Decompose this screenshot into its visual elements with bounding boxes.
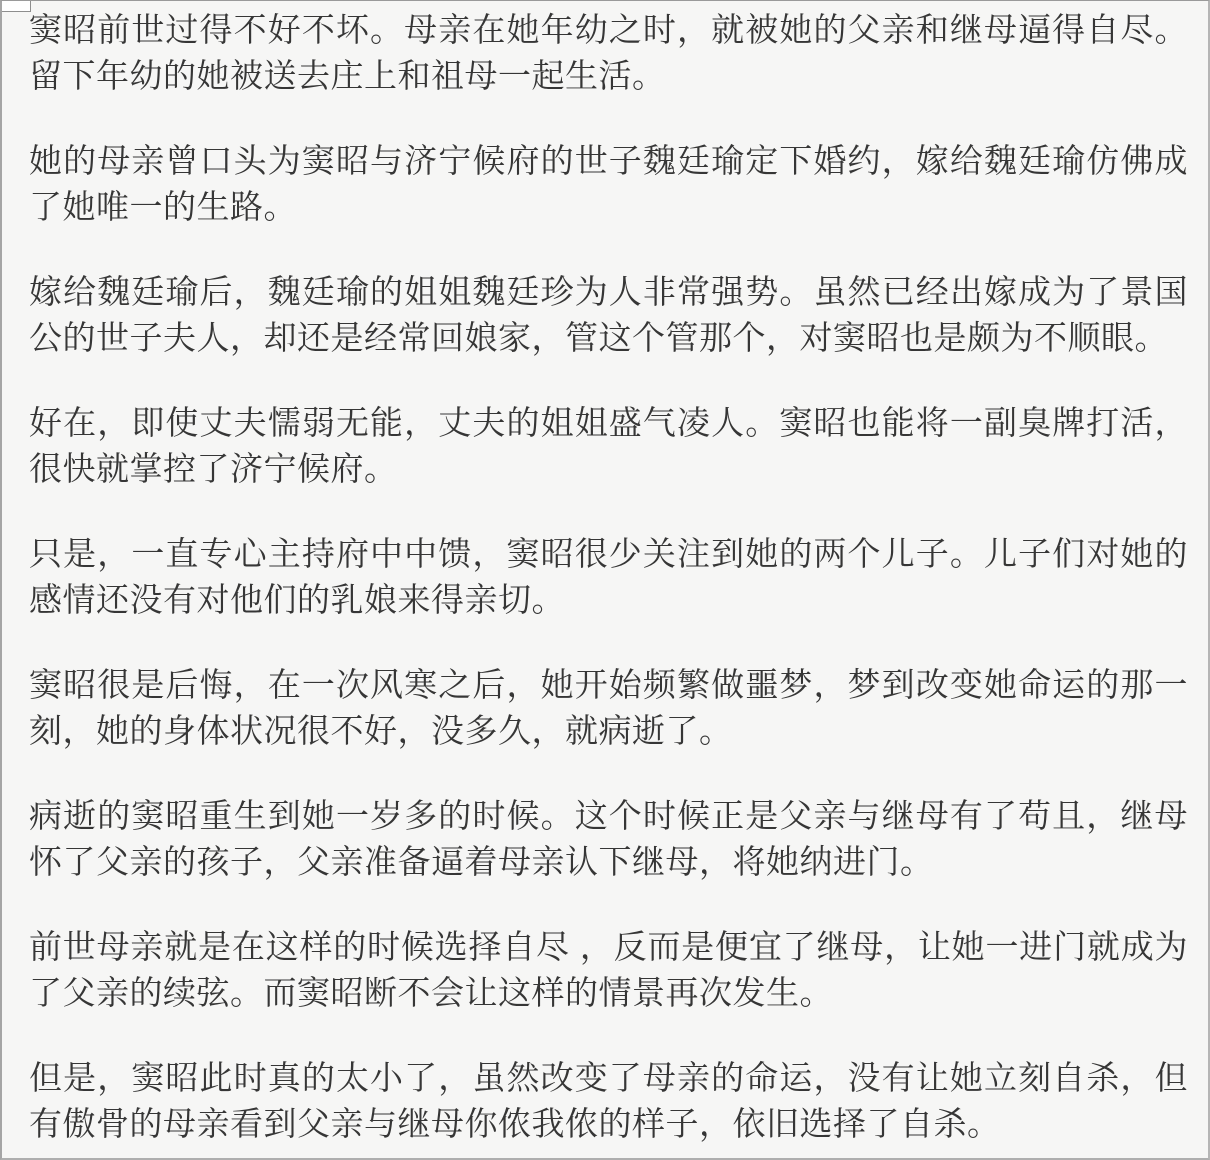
paragraph: 只是，一直专心主持府中中馈，窦昭很少关注到她的两个儿子。儿子们对她的感情还没有对… — [29, 531, 1188, 623]
paragraph: 但是，窦昭此时真的太小了，虽然改变了母亲的命运，没有让她立刻自杀，但有傲骨的母亲… — [29, 1055, 1188, 1147]
paragraph: 她的母亲曾口头为窦昭与济宁候府的世子魏廷瑜定下婚约，嫁给魏廷瑜仿佛成了她唯一的生… — [29, 138, 1188, 230]
paragraph: 窦昭前世过得不好不坏。母亲在她年幼之时，就被她的父亲和继母逼得自尽。留下年幼的她… — [29, 7, 1188, 99]
story-text-body: 窦昭前世过得不好不坏。母亲在她年幼之时，就被她的父亲和继母逼得自尽。留下年幼的她… — [2, 1, 1208, 1147]
paragraph: 嫁给魏廷瑜后，魏廷瑜的姐姐魏廷珍为人非常强势。虽然已经出嫁成为了景国公的世子夫人… — [29, 269, 1188, 361]
document-page: 窦昭前世过得不好不坏。母亲在她年幼之时，就被她的父亲和继母逼得自尽。留下年幼的她… — [0, 0, 1210, 1160]
paragraph: 病逝的窦昭重生到她一岁多的时候。这个时候正是父亲与继母有了苟且，继母怀了父亲的孩… — [29, 793, 1188, 885]
page-corner-fragment — [2, 1, 31, 12]
paragraph: 前世母亲就是在这样的时候选择自尽 ，反而是便宜了继母，让她一进门就成为了父亲的续… — [29, 924, 1188, 1016]
paragraph: 好在，即使丈夫懦弱无能，丈夫的姐姐盛气凌人。窦昭也能将一副臭牌打活，很快就掌控了… — [29, 400, 1188, 492]
paragraph: 窦昭很是后悔，在一次风寒之后，她开始频繁做噩梦，梦到改变她命运的那一刻，她的身体… — [29, 662, 1188, 754]
